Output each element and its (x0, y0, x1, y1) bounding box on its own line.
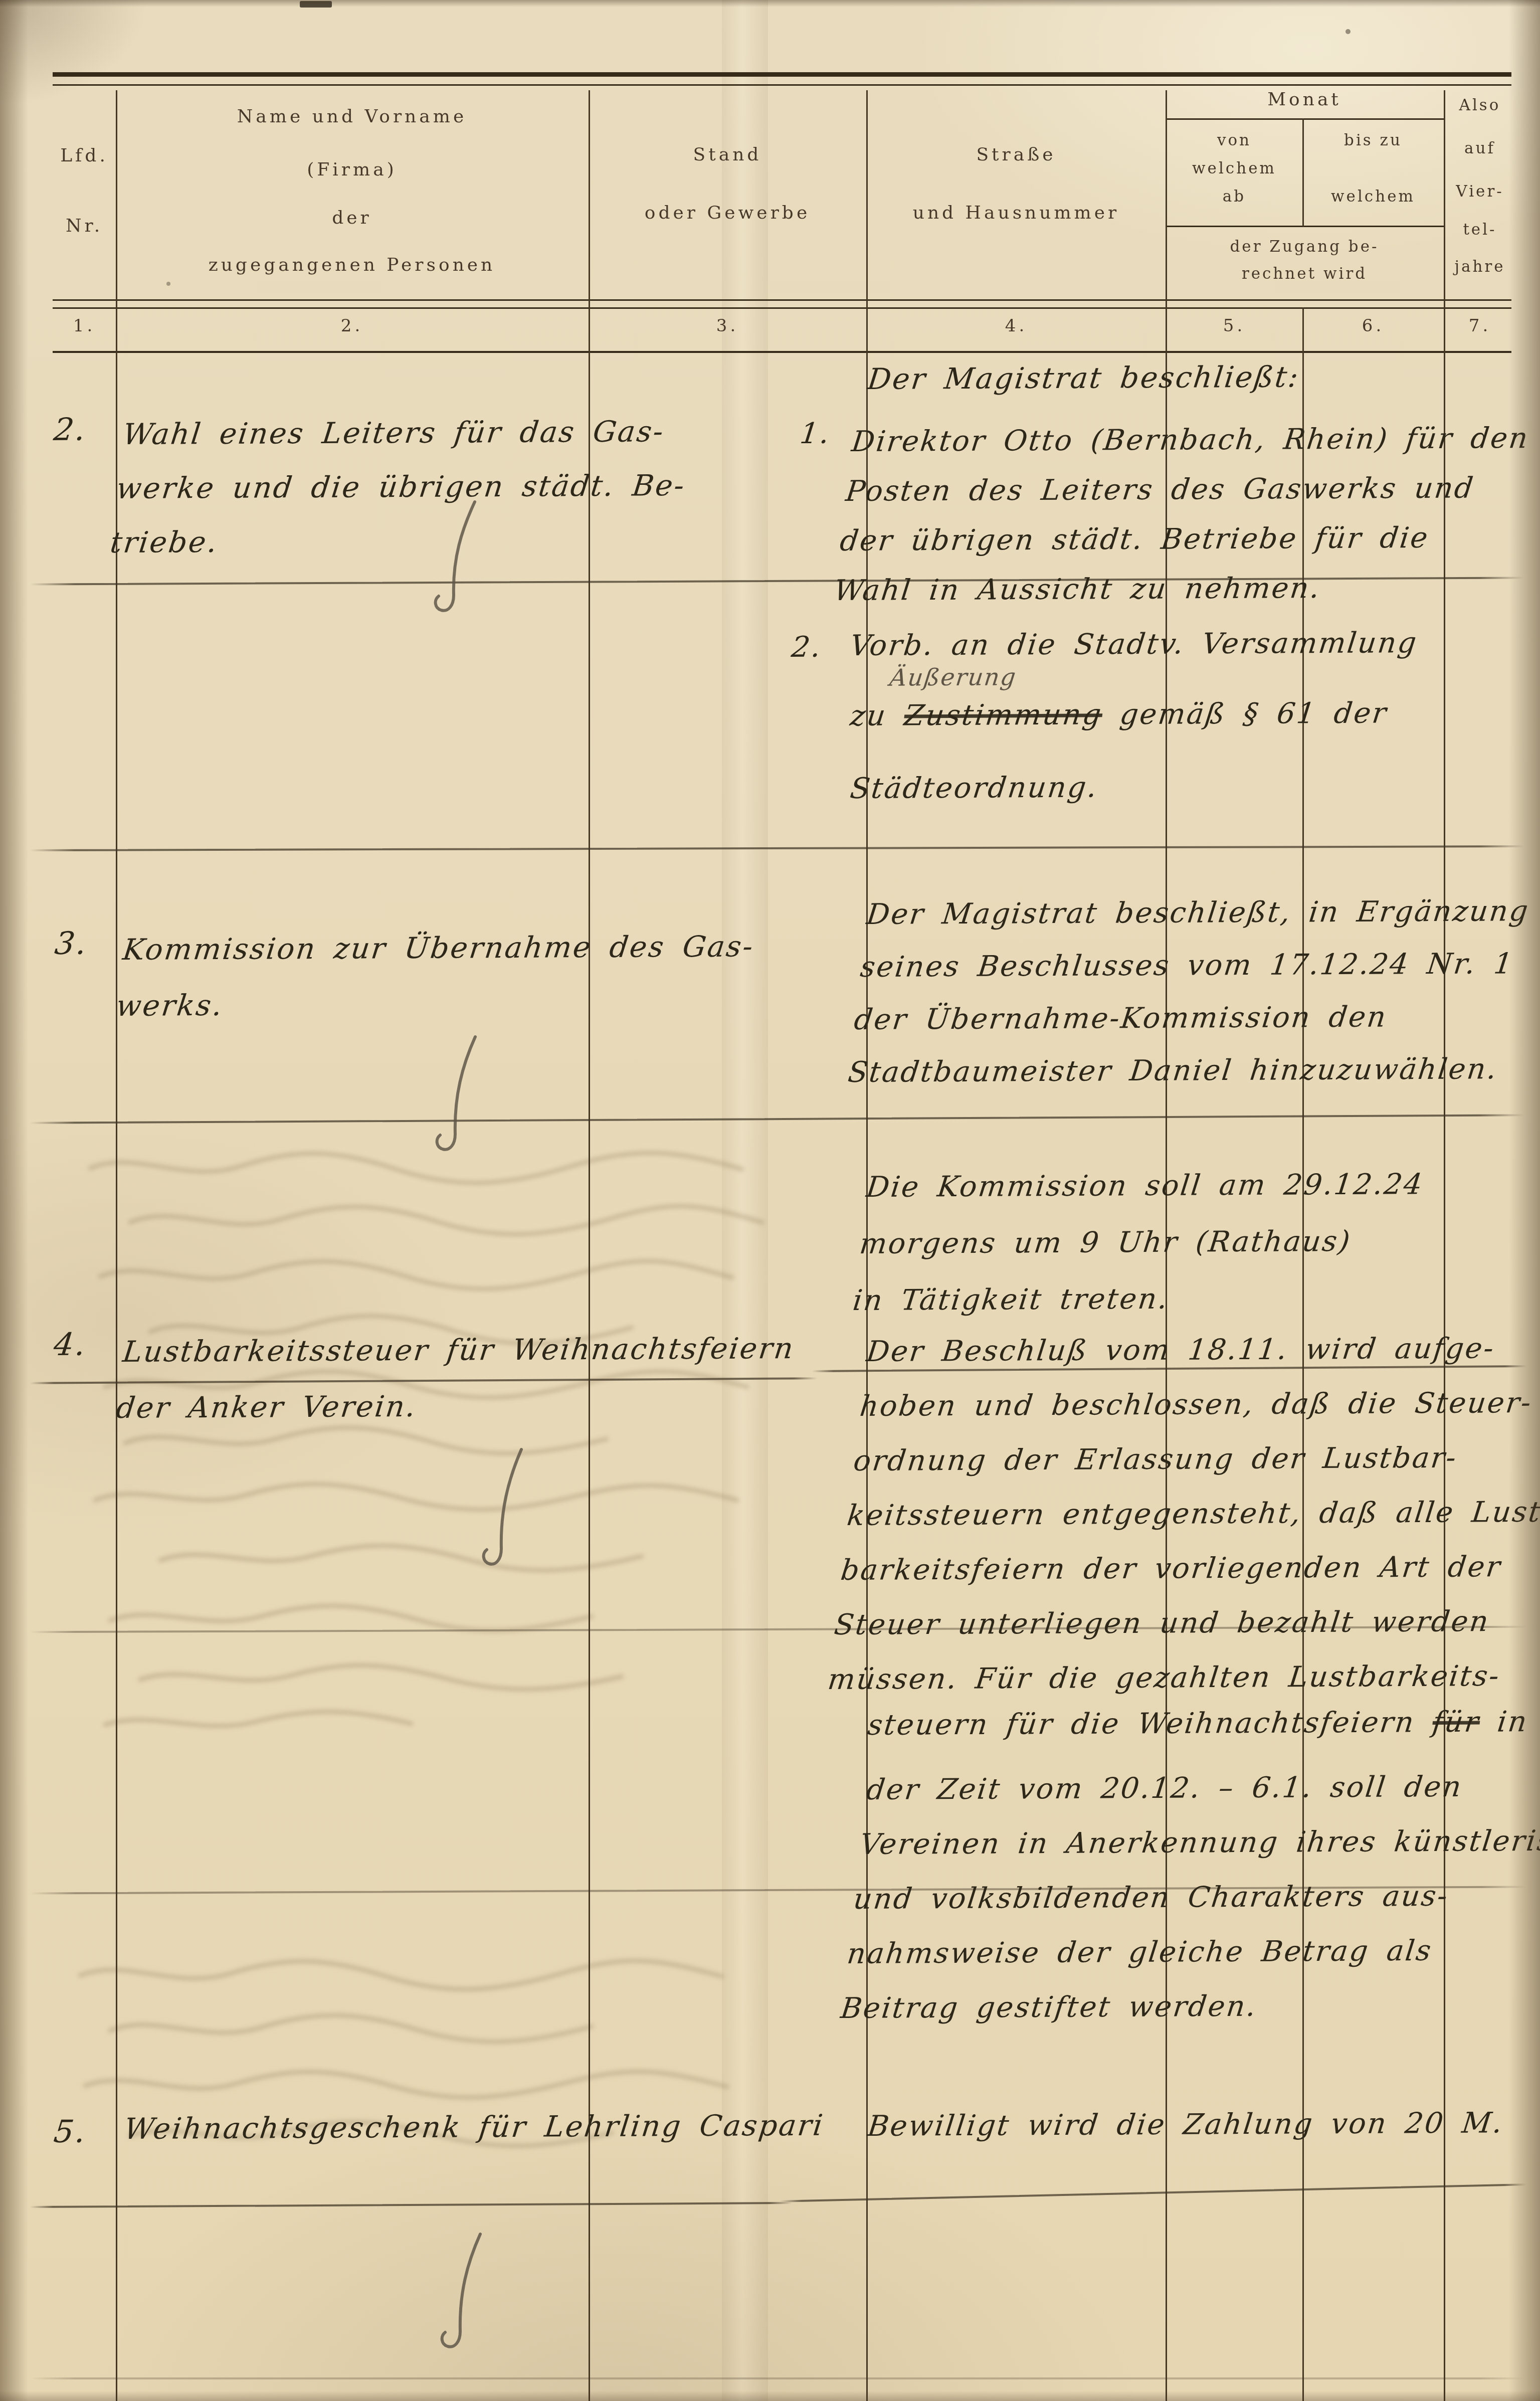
column-number-1: 1. (73, 316, 95, 336)
column-number-5: 5. (1223, 316, 1245, 336)
handwritten-line: Lustbarkeitssteuer für Weihnachtsfeiern (120, 1320, 798, 1380)
monat-footer-1: der Zugang be- (1230, 238, 1379, 256)
decision-text: Der Beschluß vom 18.11. wird aufge-hoben… (825, 1321, 1540, 1707)
column-header-strasse: Straße (976, 144, 1056, 165)
column-number-6: 6. (1362, 316, 1384, 336)
page-edge-shadow-left (0, 0, 28, 2401)
page-edge-shadow-right (1509, 0, 1540, 2401)
decision-text: Vorb. an die Stadtv. Versammlung (848, 626, 1419, 662)
column-number-2: 2. (341, 316, 363, 336)
handwritten-line: Steuer unterliegen und bezahlt werden (831, 1594, 1540, 1652)
column-header-firma: (Firma) (307, 159, 397, 180)
table-top-rule-heavy (53, 72, 1511, 77)
column-header-jahre: jahre (1454, 258, 1505, 276)
erledigt-checkmark-icon (429, 499, 484, 617)
handwritten-line: Wahl eines Leiters für das Gas- (120, 404, 695, 461)
hand-rule-line (30, 1114, 1524, 1124)
column-header-oder-gewerbe: oder Gewerbe (645, 203, 810, 223)
page-edge-shadow-top (0, 0, 1540, 7)
handwritten-line: seines Beschlusses vom 17.12.24 Nr. 1 (857, 938, 1526, 994)
column-header-stand: Stand (693, 144, 762, 165)
column-header-vier: Vier- (1456, 182, 1503, 201)
handwritten-line: werke und die übrigen städt. Be- (114, 458, 689, 515)
decision-text-part: gemäß § 61 der (1100, 696, 1389, 731)
page-edge-shadow-bottom (0, 2391, 1540, 2401)
entry-subject: Weihnachtsgeschenk für Lehrling Caspari (122, 2108, 826, 2146)
handwritten-line: Der Beschluß vom 18.11. wird aufge- (863, 1321, 1540, 1379)
handwritten-line: Posten des Leiters des Gaswerks und (843, 463, 1526, 516)
erledigt-checkmark-icon (430, 1034, 485, 1157)
decision-text: Städteordnung. (848, 771, 1100, 805)
monat-footer-2: rechnet wird (1242, 265, 1367, 283)
table-top-rule-thin (53, 84, 1511, 86)
monat-bis-zu: bis zu (1344, 131, 1402, 149)
inserted-correction: Äußerung (888, 663, 1018, 691)
decision-text-part: zu (848, 699, 906, 732)
column-header-name: Name und Vorname (237, 106, 467, 127)
bleedthrough-ghost-writing (70, 1138, 787, 1750)
handwritten-line: in Tätigkeit treten. (850, 1269, 1413, 1329)
handwritten-line: barkeitsfeiern der vorliegenden Art der (838, 1540, 1540, 1598)
handwritten-line: Kommission zur Übernahme des Gas- (120, 918, 757, 978)
decision-text: Bewilligt wird die Zahlung von 20 M. (866, 2106, 1505, 2143)
handwritten-line: Die Kommission soll am 29.12.24 (863, 1156, 1427, 1216)
subject-underline (30, 2202, 792, 2208)
decision-underline (780, 2183, 1526, 2202)
handwritten-line: Vereinen in Anerkennung ihres künstleris… (857, 1813, 1540, 1872)
monat-bis-welchem: welchem (1331, 188, 1415, 206)
handwritten-line: morgens um 9 Uhr (Rathaus) (856, 1213, 1420, 1272)
column-header-monat: Monat (1267, 89, 1341, 110)
handwritten-line: Direktor Otto (Bernbach, Rhein) für den (849, 414, 1531, 467)
handwritten-line: der Übernahme-Kommission den (851, 990, 1520, 1046)
column-header-also: Also (1459, 96, 1501, 114)
hand-rule-line (30, 845, 1524, 851)
scan-blemish (1345, 29, 1351, 34)
handwritten-line: und volksbildenden Charakters aus- (851, 1868, 1540, 1927)
monat-von-ab: ab (1223, 188, 1246, 206)
entry-subject: Kommission zur Übernahme des Gas-werks. (113, 918, 757, 1034)
monat-group-underline (1166, 118, 1444, 120)
handwritten-line: werks. (113, 974, 751, 1034)
scan-blemish (166, 282, 170, 286)
entry-number: 3. (53, 925, 90, 962)
column-number-3: 3. (716, 316, 738, 336)
column-header-hausnummer: und Hausnummer (913, 203, 1120, 223)
struck-word: Zustimmung (902, 698, 1104, 732)
column-rule-5-header (1302, 118, 1304, 227)
handwritten-line: der übrigen städt. Betriebe für die (837, 513, 1520, 566)
column-header-lfd: Lfd. (60, 145, 108, 166)
entry-subject: Lustbarkeitssteuer für Weihnachtsfeiernd… (113, 1320, 798, 1436)
number-row-bottom-rule (53, 351, 1511, 353)
column-header-tel: tel- (1463, 221, 1496, 239)
decision-text: Die Kommission soll am 29.12.24morgens u… (850, 1156, 1427, 1329)
header-bottom-rule-2 (53, 307, 1511, 309)
handwritten-line: hoben und beschlossen, daß die Steuer- (857, 1376, 1540, 1434)
handwritten-line: Beitrag gestiftet werden. (838, 1977, 1540, 2036)
handwritten-line: keitssteuern entgegensteht, daß alle Lus… (844, 1485, 1540, 1543)
handwritten-line: triebe. (107, 512, 682, 570)
monat-von-welchem: welchem (1192, 159, 1276, 177)
handwritten-line: der Anker Verein. (113, 1376, 791, 1436)
entry-number: 4. (52, 1326, 89, 1363)
entry-subject: Wahl eines Leiters für das Gas-werke und… (107, 404, 695, 570)
column-number-4: 4. (1005, 316, 1027, 336)
header-bottom-rule-1 (53, 299, 1511, 301)
column-number-7: 7. (1469, 316, 1491, 336)
decision-text: der Zeit vom 20.12. – 6.1. soll denVerei… (838, 1759, 1540, 2036)
ledger-page: Lfd. Nr. Name und Vorname (Firma) der zu… (0, 0, 1540, 2401)
monat-von: von (1217, 131, 1251, 149)
column-header-auf: auf (1464, 139, 1495, 157)
column-header-der: der (332, 208, 372, 228)
entry-number: 5. (52, 2113, 89, 2150)
column-rule-1 (116, 90, 117, 2401)
handwritten-line: Stadtbaumeister Daniel hinzuzuwählen. (845, 1043, 1514, 1099)
handwritten-line: Der Magistrat beschließt, in Ergänzung (864, 885, 1532, 941)
column-header-nr: Nr. (66, 216, 103, 236)
decision-text: Direktor Otto (Bernbach, Rhein) für denP… (831, 414, 1531, 616)
handwritten-line: Wahl in Aussicht zu nehmen. (831, 563, 1514, 616)
handwritten-line: der Zeit vom 20.12. – 6.1. soll den (863, 1759, 1540, 1817)
decision-heading: Der Magistrat beschließt: (866, 359, 1301, 396)
decision-text-with-correction: steuern für die Weihnachtsfeiern für in (866, 1705, 1530, 1742)
decision-item-number: 1. (798, 417, 832, 450)
entry-number: 2. (52, 411, 89, 448)
monat-subcolumns-underline (1166, 226, 1444, 227)
decision-item-number: 2. (790, 631, 824, 664)
struck-word: für (1431, 1706, 1482, 1739)
decision-text-part: steuern für die Weihnachtsfeiern (866, 1706, 1435, 1742)
erledigt-checkmark-icon (477, 1446, 532, 1572)
erledigt-checkmark-icon (435, 2231, 490, 2354)
column-header-zugegangene-personen: zugegangenen Personen (209, 255, 496, 275)
handwritten-line: ordnung der Erlassung der Lustbar- (851, 1430, 1540, 1489)
decision-text-with-correction: zu Zustimmung gemäß § 61 der Äußerung (848, 696, 1389, 732)
handwritten-line: müssen. Für die gezahlten Lustbarkeits- (825, 1649, 1536, 1707)
decision-text: Der Magistrat beschließt, in Ergänzungse… (845, 885, 1532, 1099)
handwritten-line: nahmsweise der gleiche Betrag als (844, 1923, 1540, 1981)
hand-rule-line (30, 2377, 1524, 2379)
